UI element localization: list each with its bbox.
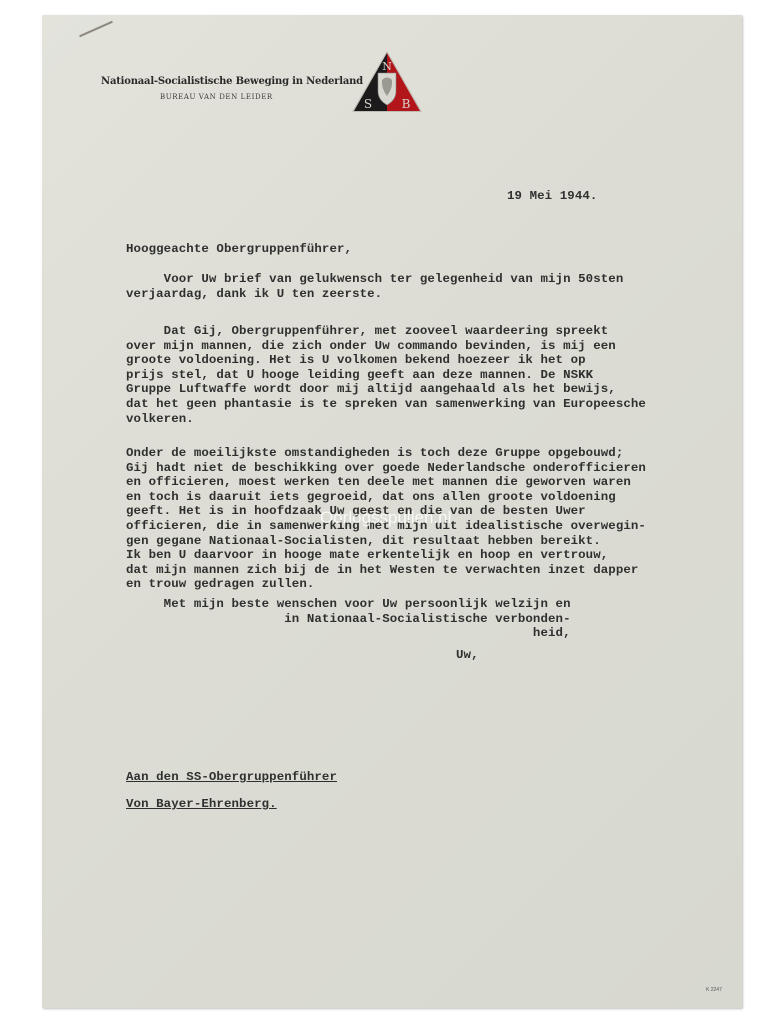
letter-paragraph-2: Dat Gij, Obergruppenführer, met zooveel … bbox=[126, 324, 646, 426]
letter-paragraph-1: Voor Uw brief van gelukwensch ter gelege… bbox=[126, 272, 623, 301]
letterhead-bureau: BUREAU VAN DEN LEIDER bbox=[160, 93, 273, 101]
logo-letter-n: N bbox=[382, 60, 392, 73]
watermark: Oorlogsspullen.nl bbox=[320, 508, 451, 528]
letter-date: 19 Mei 1944. bbox=[507, 189, 597, 204]
form-code: K 2247 bbox=[706, 987, 722, 993]
letter-signature: Uw, bbox=[456, 648, 479, 663]
letter-salutation: Hooggeachte Obergruppenführer, bbox=[126, 242, 352, 257]
logo-letter-b: B bbox=[402, 97, 411, 111]
letterhead-organization: Nationaal-Socialistische Beweging in Ned… bbox=[101, 76, 337, 87]
logo-letter-s: S bbox=[364, 97, 372, 111]
nsb-triangle-emblem-icon: N S B bbox=[351, 50, 423, 114]
addressee-title: Aan den SS-Obergruppenführer bbox=[126, 770, 337, 785]
letter-closing: Met mijn beste wenschen voor Uw persoonl… bbox=[126, 597, 571, 641]
addressee-name: Von Bayer-Ehrenberg. bbox=[126, 797, 277, 812]
